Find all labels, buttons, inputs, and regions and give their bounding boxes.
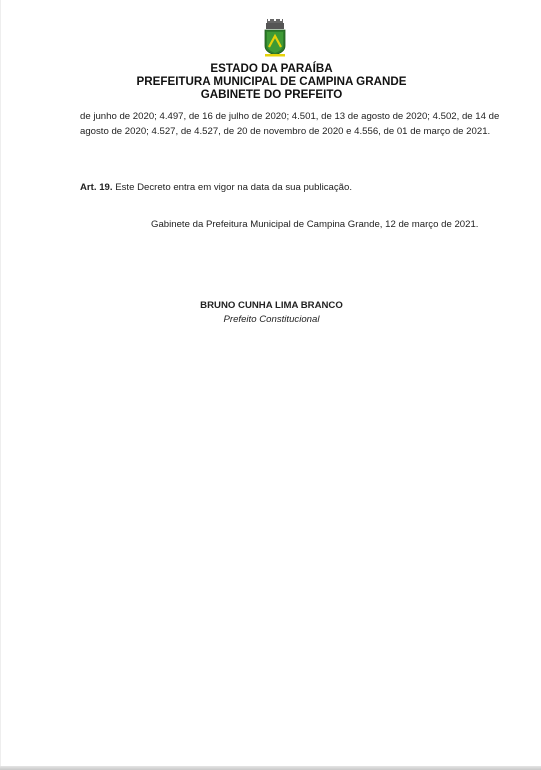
place-and-date: Gabinete da Prefeitura Municipal de Camp… <box>151 219 496 230</box>
document-page: ESTADO DA PARAÍBA PREFEITURA MUNICIPAL D… <box>0 0 541 766</box>
page-bottom-edge <box>0 766 541 770</box>
header-state: ESTADO DA PARAÍBA <box>1 62 541 75</box>
signer-name: BRUNO CUNHA LIMA BRANCO <box>1 300 541 311</box>
header-office: GABINETE DO PREFEITO <box>1 88 541 101</box>
article-text: Este Decreto entra em vigor na data da s… <box>115 182 352 193</box>
article-label: Art. 19. <box>80 182 113 193</box>
article-19: Art. 19. Este Decreto entra em vigor na … <box>80 180 500 195</box>
header-prefecture: PREFEITURA MUNICIPAL DE CAMPINA GRANDE <box>1 75 541 88</box>
paragraph-continued: de junho de 2020; 4.497, de 16 de julho … <box>80 109 500 140</box>
signer-title: Prefeito Constitucional <box>1 314 541 325</box>
coat-of-arms-icon <box>263 19 287 57</box>
document-header: ESTADO DA PARAÍBA PREFEITURA MUNICIPAL D… <box>1 62 541 101</box>
